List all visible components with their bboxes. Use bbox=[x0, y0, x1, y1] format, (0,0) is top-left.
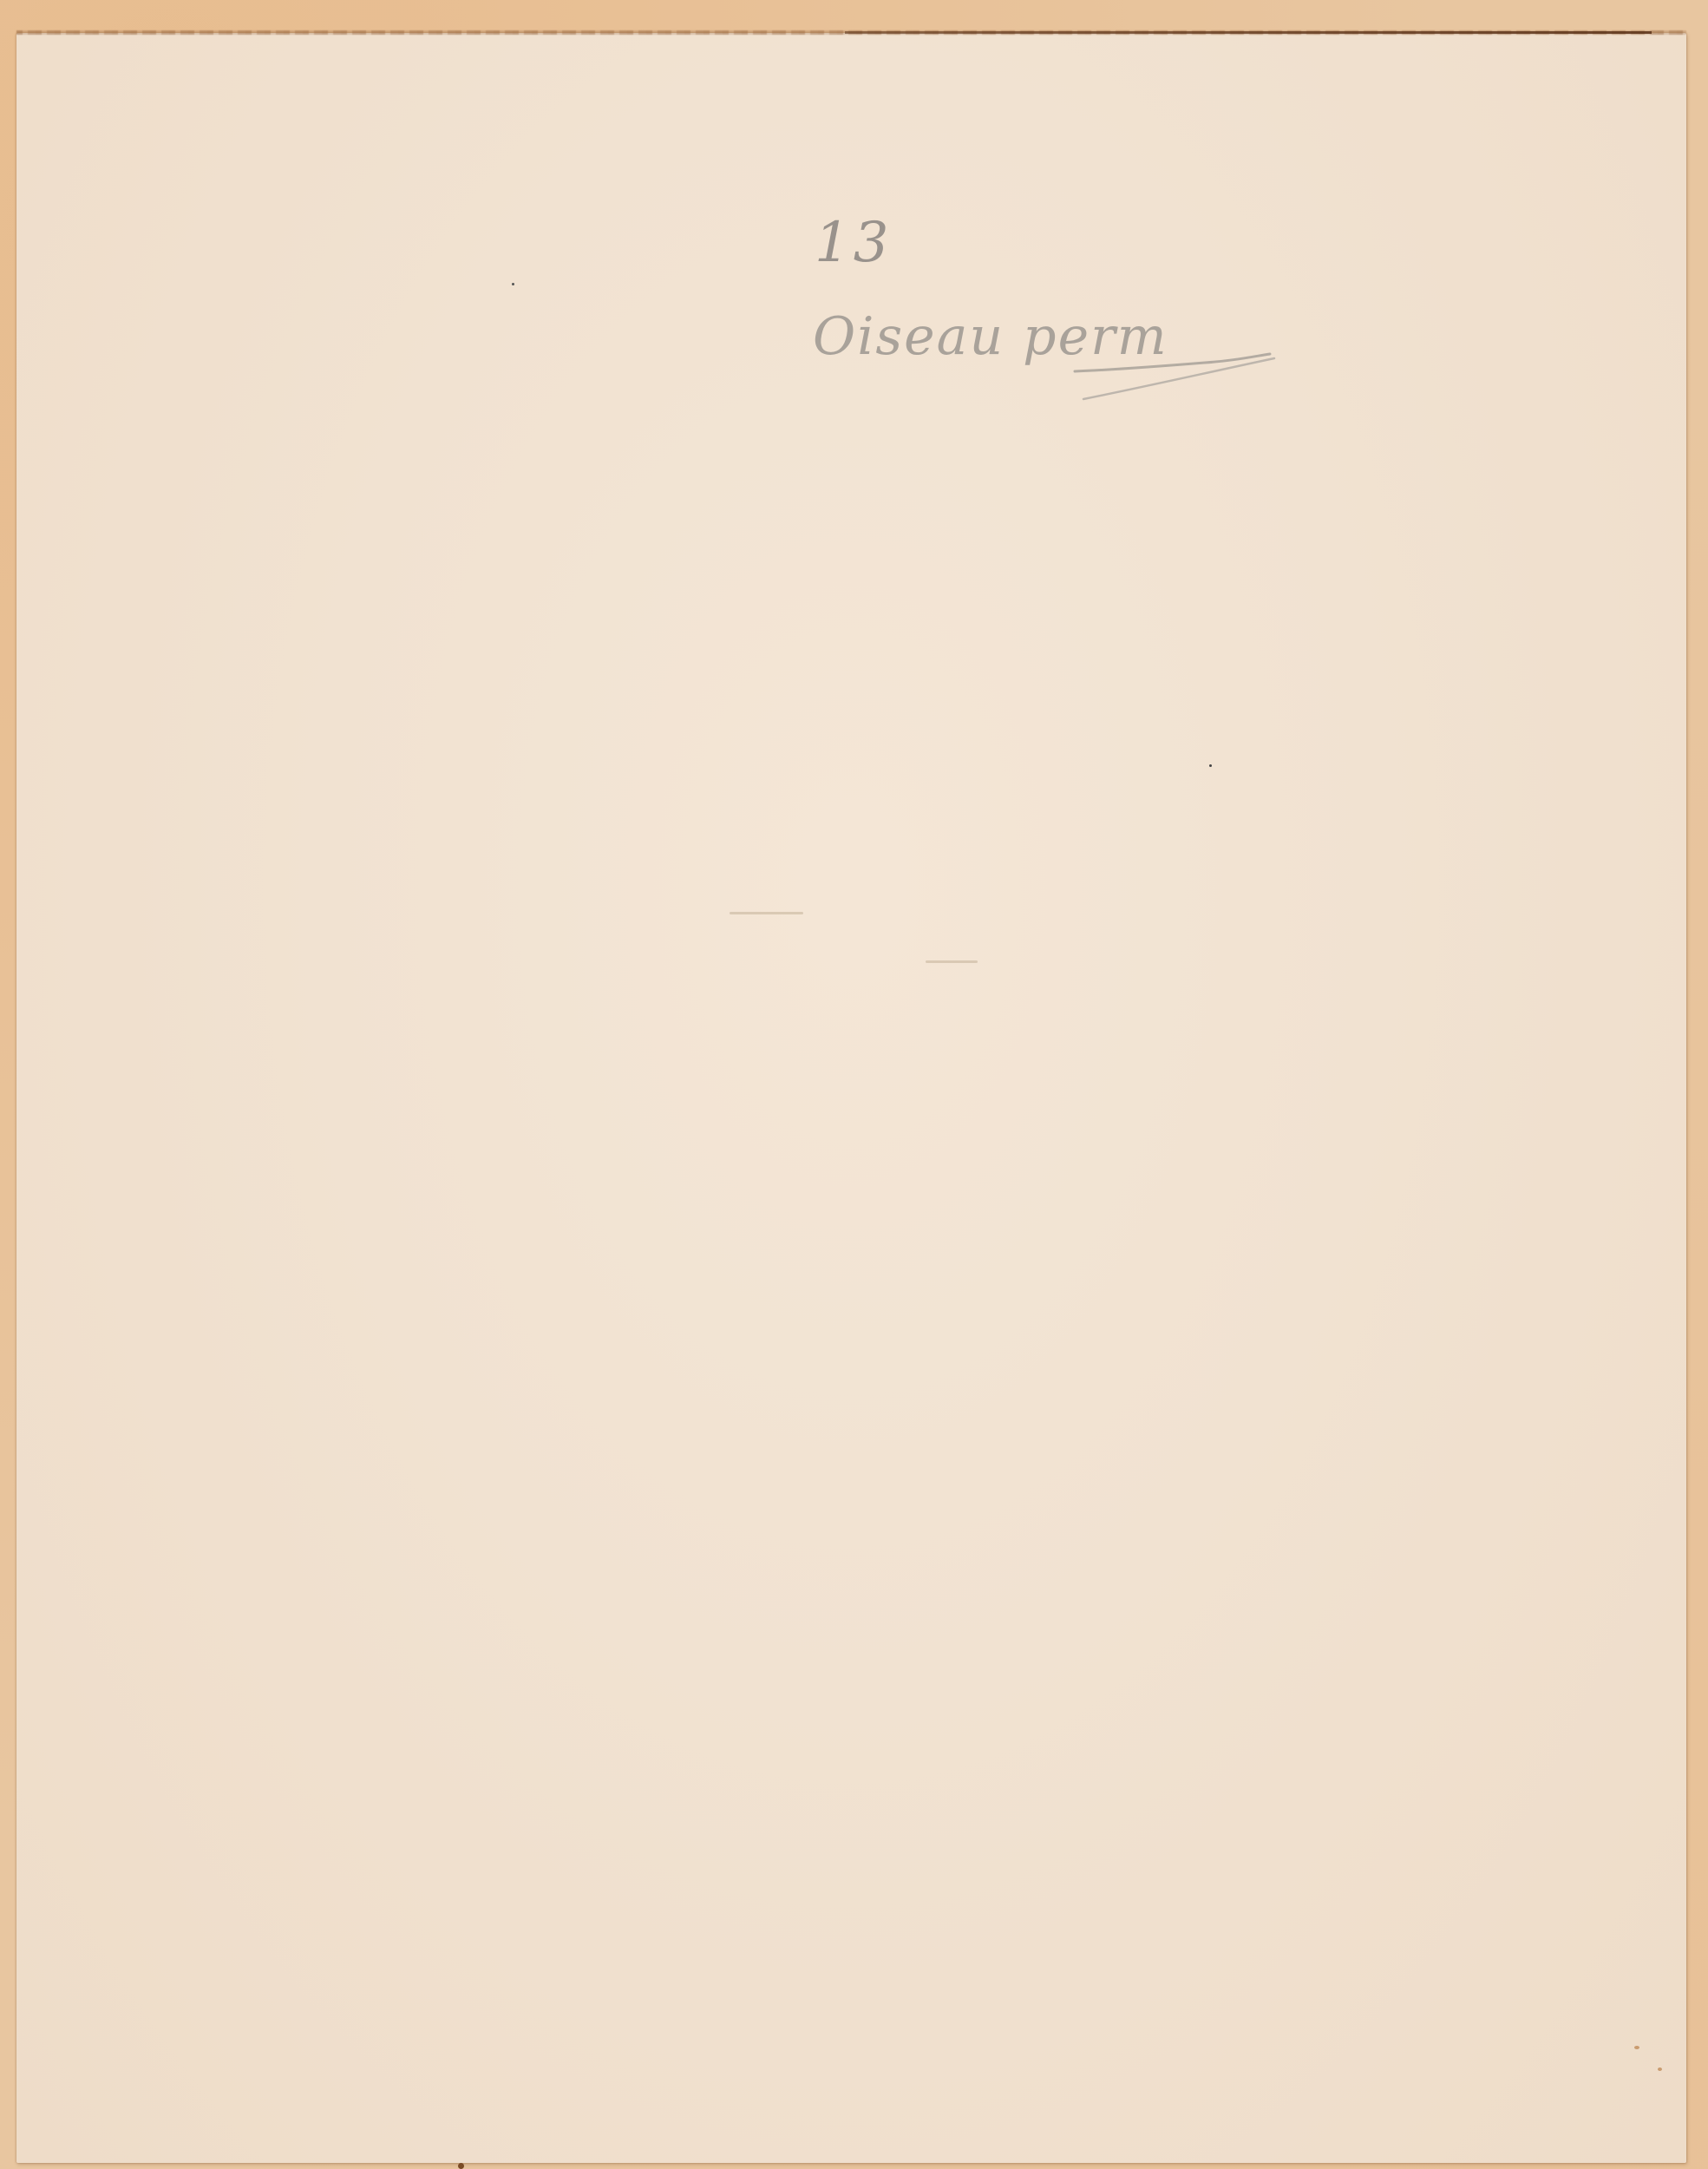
torn-edge bbox=[845, 31, 1652, 34]
paper-speck bbox=[1634, 2046, 1639, 2049]
pencil-flourish bbox=[1066, 345, 1283, 406]
paper-speck bbox=[1209, 764, 1212, 767]
paper-speck bbox=[458, 2163, 464, 2169]
paper-speck bbox=[512, 283, 514, 285]
faint-mark bbox=[730, 912, 803, 914]
paper-sheet: 13 Oiseau perm bbox=[16, 33, 1686, 2163]
paper-speck bbox=[1658, 2067, 1662, 2071]
faint-mark bbox=[926, 960, 978, 963]
handwritten-number: 13 bbox=[815, 211, 892, 275]
